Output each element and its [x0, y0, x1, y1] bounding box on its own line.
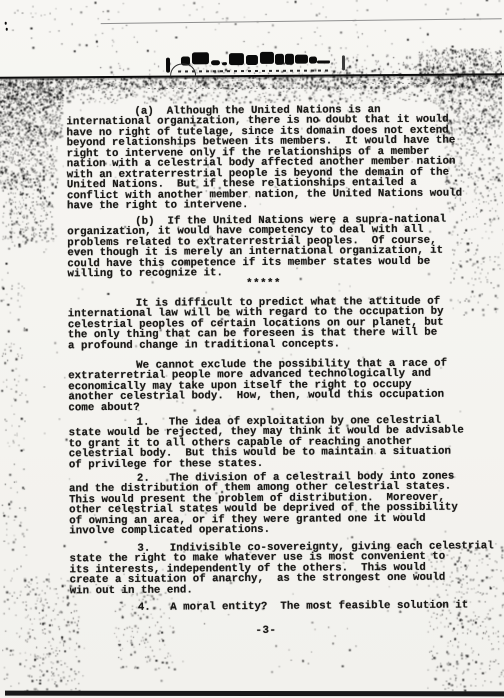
- document-text: (a) Although the United Nations is anint…: [0, 0, 504, 698]
- paragraph-intro: It is difficult to predict what the atti…: [68, 296, 472, 351]
- paragraph-item-1: 1. The idea of exploitation by one celes…: [68, 415, 472, 470]
- scan-content: (a) Although the United Nations is anint…: [0, 0, 504, 698]
- paragraph-we-cannot: We cannot exclude the possibility that a…: [68, 358, 472, 413]
- text-line: 4. A moral entity? The most feasible sol…: [70, 600, 474, 613]
- paragraph-item-4: 4. A moral entity? The most feasible sol…: [70, 600, 474, 613]
- paragraph-b: (b) If the United Nations were a supra-n…: [67, 214, 471, 280]
- text-line: of privilege for these states.: [69, 457, 473, 470]
- paragraph-a: (a) Although the United Nations is anint…: [66, 104, 471, 211]
- text-line: come about?: [68, 400, 472, 413]
- page-number: -3-: [70, 625, 462, 638]
- text-line: have the right to intervene.: [67, 199, 471, 212]
- text-line: win out in the end.: [70, 583, 474, 596]
- text-line: a profound change in traditional concept…: [68, 338, 472, 351]
- paragraph-item-3: 3. Indivisible co-sovereignty, giving ea…: [69, 541, 473, 596]
- paragraph-item-2: 2. The division of a celestrail body int…: [69, 471, 473, 537]
- scanned-document-page: (a) Although the United Nations is anint…: [0, 0, 504, 698]
- bottom-scan-band: [5, 691, 504, 696]
- section-separator: *****: [68, 278, 460, 291]
- text-line: involve complicated operations.: [69, 524, 473, 537]
